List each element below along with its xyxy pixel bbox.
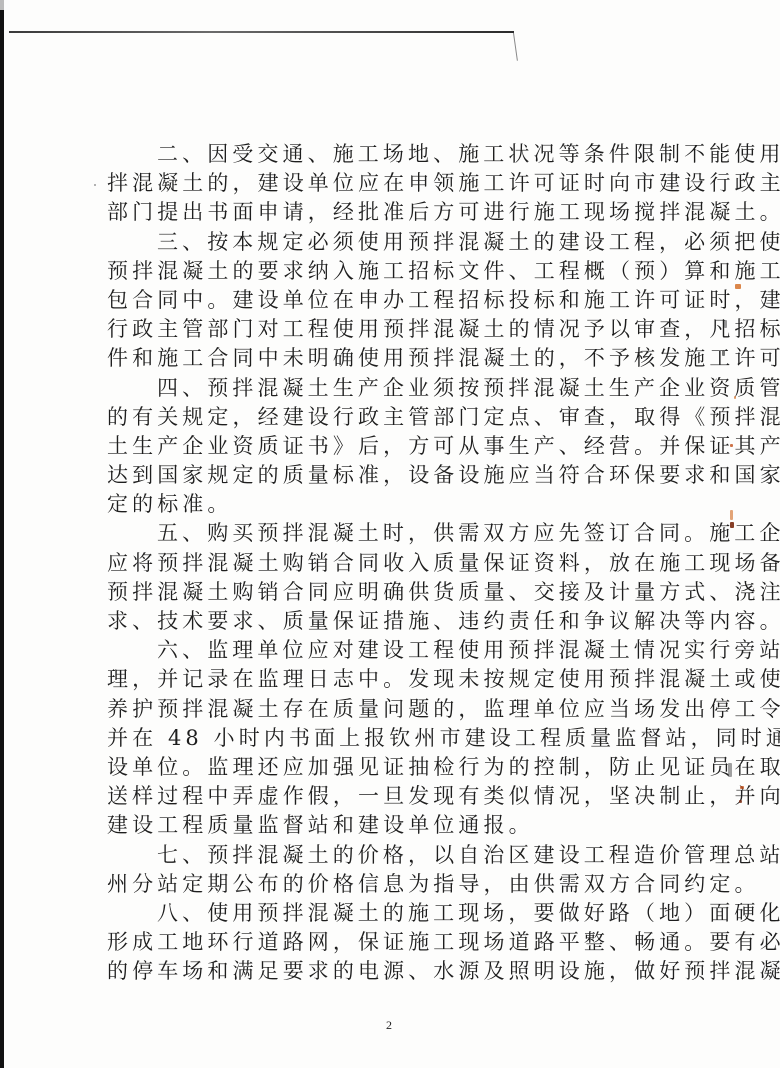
text-line: 州分站定期公布的价格信息为指导，由供需双方合同约定。 [107, 870, 697, 899]
text-line: 养护预拌混凝土存在质量问题的，监理单位应当场发出停工令， [107, 695, 697, 724]
text-line: 达到国家规定的质量标准，设备设施应当符合环保要求和国家规 [107, 461, 697, 490]
text-line: 建设工程质量监督站和建设单位通报。 [107, 811, 697, 840]
scan-artifact-mark [739, 800, 742, 803]
text-line: 五、购买预拌混凝土时，供需双方应先签订合同。施工企业 [107, 519, 697, 548]
scan-artifact-mark [734, 396, 736, 399]
text-line: 的停车场和满足要求的电源、水源及照明设施，做好预拌混凝土 [107, 957, 697, 986]
scan-artifact-mark [722, 350, 725, 356]
text-line: 部门提出书面申请，经批准后方可进行施工现场搅拌混凝土。 [107, 198, 697, 227]
scan-artifact-mark [735, 284, 741, 289]
paragraph-item-6: 六、监理单位应对建设工程使用预拌混凝土情况实行旁站监 理，并记录在监理日志中。发… [107, 636, 697, 840]
document-body: 二、因受交通、施工场地、施工状况等条件限制不能使用预 拌混凝土的，建设单位应在申… [107, 140, 697, 986]
scan-artifact-mark [730, 444, 733, 447]
text-line: 二、因受交通、施工场地、施工状况等条件限制不能使用预 [107, 140, 697, 169]
text-line: 求、技术要求、质量保证措施、违约责任和争议解决等内容。 [107, 607, 697, 636]
scan-artifact-mark [728, 763, 732, 777]
text-line: 三、按本规定必须使用预拌混凝土的建设工程，必须把使用 [107, 228, 697, 257]
text-line: 件和施工合同中未明确使用预拌混凝土的，不予核发施工许可证。 [107, 344, 697, 373]
text-line: 形成工地环行道路网，保证施工现场道路平整、畅通。要有必要 [107, 928, 697, 957]
paragraph-item-5: 五、购买预拌混凝土时，供需双方应先签订合同。施工企业 应将预拌混凝土购销合同收入… [107, 519, 697, 636]
text-line: 行政主管部门对工程使用预拌混凝土的情况予以审查，凡招标文 [107, 315, 697, 344]
scan-artifact-dot [94, 184, 96, 186]
paragraph-item-7: 七、预拌混凝土的价格，以自治区建设工程造价管理总站钦 州分站定期公布的价格信息为… [107, 841, 697, 899]
text-line: 包合同中。建设单位在申办工程招标投标和施工许可证时，建设 [107, 286, 697, 315]
paragraph-item-2: 二、因受交通、施工场地、施工状况等条件限制不能使用预 拌混凝土的，建设单位应在申… [107, 140, 697, 228]
text-line: 的有关规定，经建设行政主管部门定点、审查，取得《预拌混凝 [107, 403, 697, 432]
text-line: 七、预拌混凝土的价格，以自治区建设工程造价管理总站钦 [107, 841, 697, 870]
scan-artifact-mark [740, 786, 744, 789]
text-line: 六、监理单位应对建设工程使用预拌混凝土情况实行旁站监 [107, 636, 697, 665]
paragraph-item-4: 四、预拌混凝土生产企业须按预拌混凝土生产企业资质管理 的有关规定，经建设行政主管… [107, 374, 697, 520]
text-line: 设单位。监理还应加强见证抽检行为的控制，防止见证员在取样、 [107, 753, 697, 782]
text-line: 送样过程中弄虚作假，一旦发现有类似情况，坚决制止，并向市 [107, 782, 697, 811]
text-line: 应将预拌混凝土购销合同收入质量保证资料，放在施工现场备查。 [107, 549, 697, 578]
text-line: 定的标准。 [107, 490, 697, 519]
scan-edge-highlight [0, 0, 4, 10]
header-rule-edge [513, 33, 518, 61]
page-number: 2 [386, 1018, 392, 1033]
scan-artifact-mark [730, 510, 733, 520]
paragraph-item-3: 三、按本规定必须使用预拌混凝土的建设工程，必须把使用 预拌混凝土的要求纳入施工招… [107, 228, 697, 374]
scan-artifact-mark [730, 522, 734, 528]
text-line: 八、使用预拌混凝土的施工现场，要做好路（地）面硬化， [107, 899, 697, 928]
paragraph-item-8: 八、使用预拌混凝土的施工现场，要做好路（地）面硬化， 形成工地环行道路网，保证施… [107, 899, 697, 987]
text-line: 理，并记录在监理日志中。发现未按规定使用预拌混凝土或使用、 [107, 665, 697, 694]
text-line: 土生产企业资质证书》后，方可从事生产、经营。并保证其产品 [107, 432, 697, 461]
scan-edge-shadow [0, 0, 4, 1068]
text-line: 拌混凝土的，建设单位应在申领施工许可证时向市建设行政主管 [107, 169, 697, 198]
text-line: 并在 48 小时内书面上报钦州市建设工程质量监督站，同时通报建 [107, 724, 697, 753]
header-rule-line [9, 31, 514, 33]
text-line: 四、预拌混凝土生产企业须按预拌混凝土生产企业资质管理 [107, 374, 697, 403]
text-line: 预拌混凝土的要求纳入施工招标文件、工程概（预）算和施工承 [107, 257, 697, 286]
scan-artifact-mark [724, 320, 727, 328]
text-line: 预拌混凝土购销合同应明确供货质量、交接及计量方式、浇注要 [107, 578, 697, 607]
